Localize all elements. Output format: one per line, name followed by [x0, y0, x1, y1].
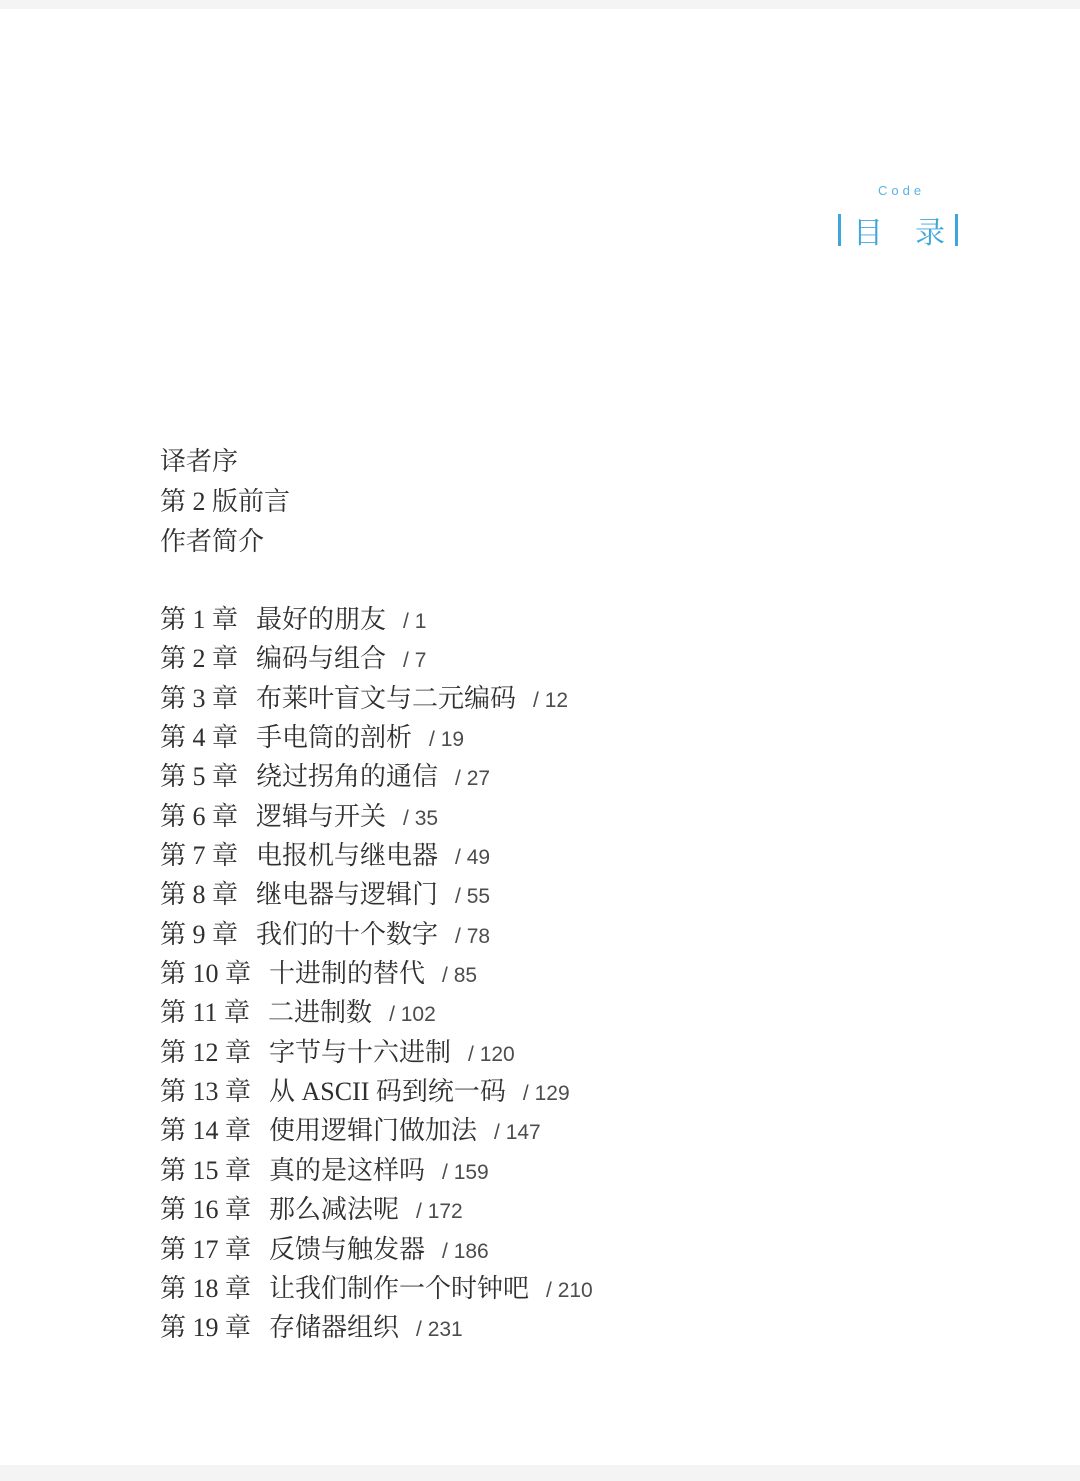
chapter-title: 编码与组合	[256, 644, 386, 673]
book-brand-label: Code	[878, 183, 925, 198]
chapter-number: 第 18 章	[160, 1274, 251, 1303]
chapter-page-number: / 27	[455, 767, 490, 790]
chapter-row-4: 第 4 章手电筒的剖析/ 19	[160, 718, 593, 757]
chapter-row-6: 第 6 章逻辑与开关/ 35	[160, 797, 593, 836]
chapter-page-number: / 12	[533, 689, 568, 712]
chapter-number: 第 16 章	[160, 1195, 251, 1224]
chapter-number: 第 6 章	[160, 802, 238, 831]
chapter-number: 第 14 章	[160, 1116, 251, 1145]
chapter-title: 我们的十个数字	[256, 920, 438, 949]
chapter-number: 第 19 章	[160, 1313, 251, 1342]
chapter-row-16: 第 16 章那么减法呢/ 172	[160, 1190, 593, 1229]
chapter-number: 第 10 章	[160, 959, 251, 988]
chapter-row-17: 第 17 章反馈与触发器/ 186	[160, 1230, 593, 1269]
chapter-row-12: 第 12 章字节与十六进制/ 120	[160, 1033, 593, 1072]
chapter-row-8: 第 8 章继电器与逻辑门/ 55	[160, 875, 593, 914]
chapter-page-number: / 172	[416, 1200, 463, 1223]
front-matter-author-intro: 作者简介	[160, 522, 290, 562]
toc-title: 目 录	[838, 211, 958, 249]
chapter-row-13: 第 13 章从 ASCII 码到统一码/ 129	[160, 1072, 593, 1111]
chapter-title: 让我们制作一个时钟吧	[269, 1274, 529, 1303]
chapter-page-number: / 55	[455, 885, 490, 908]
chapter-page-number: / 120	[468, 1043, 515, 1066]
chapter-page-number: / 210	[546, 1279, 593, 1302]
chapter-number: 第 7 章	[160, 841, 238, 870]
chapter-title: 布莱叶盲文与二元编码	[256, 684, 516, 713]
chapter-number: 第 5 章	[160, 762, 238, 791]
chapter-title: 二进制数	[268, 998, 372, 1027]
chapter-number: 第 3 章	[160, 684, 238, 713]
chapter-row-1: 第 1 章最好的朋友/ 1	[160, 600, 593, 639]
chapter-row-2: 第 2 章编码与组合/ 7	[160, 639, 593, 678]
chapter-number: 第 9 章	[160, 920, 238, 949]
chapter-row-18: 第 18 章让我们制作一个时钟吧/ 210	[160, 1269, 593, 1308]
chapter-title: 电报机与继电器	[256, 841, 438, 870]
toc-title-char-1: 目	[853, 208, 883, 252]
chapter-row-3: 第 3 章布莱叶盲文与二元编码/ 12	[160, 679, 593, 718]
chapter-row-5: 第 5 章绕过拐角的通信/ 27	[160, 757, 593, 796]
chapter-page-number: / 7	[403, 649, 426, 672]
chapter-number: 第 11 章	[160, 998, 250, 1027]
chapter-number: 第 12 章	[160, 1038, 251, 1067]
chapter-page-number: / 129	[523, 1082, 570, 1105]
front-matter-list: 译者序 第 2 版前言 作者简介	[160, 442, 290, 562]
chapter-row-19: 第 19 章存储器组织/ 231	[160, 1308, 593, 1347]
chapter-row-11: 第 11 章二进制数/ 102	[160, 993, 593, 1032]
chapter-page-number: / 159	[442, 1161, 489, 1184]
chapter-title: 那么减法呢	[269, 1195, 399, 1224]
chapter-page-number: / 78	[455, 925, 490, 948]
chapter-number: 第 4 章	[160, 723, 238, 752]
chapter-page-number: / 102	[389, 1003, 436, 1026]
chapter-title: 反馈与触发器	[269, 1235, 425, 1264]
chapter-title: 真的是这样吗	[269, 1156, 425, 1185]
chapter-number: 第 2 章	[160, 644, 238, 673]
chapter-page-number: / 1	[403, 610, 426, 633]
toc-title-right-bar	[955, 214, 958, 246]
chapter-title: 手电筒的剖析	[256, 723, 412, 752]
chapter-row-15: 第 15 章真的是这样吗/ 159	[160, 1151, 593, 1190]
chapter-page-number: / 49	[455, 846, 490, 869]
chapter-number: 第 1 章	[160, 605, 238, 634]
chapter-page-number: / 186	[442, 1240, 489, 1263]
chapter-number: 第 15 章	[160, 1156, 251, 1185]
chapter-row-7: 第 7 章电报机与继电器/ 49	[160, 836, 593, 875]
chapter-page-number: / 85	[442, 964, 477, 987]
chapter-row-10: 第 10 章十进制的替代/ 85	[160, 954, 593, 993]
chapter-page-number: / 147	[494, 1121, 541, 1144]
chapter-row-14: 第 14 章使用逻辑门做加法/ 147	[160, 1111, 593, 1150]
chapter-row-9: 第 9 章我们的十个数字/ 78	[160, 915, 593, 954]
chapter-title: 绕过拐角的通信	[256, 762, 438, 791]
chapter-title: 逻辑与开关	[256, 802, 386, 831]
chapter-title: 使用逻辑门做加法	[269, 1116, 477, 1145]
chapter-list: 第 1 章最好的朋友/ 1 第 2 章编码与组合/ 7 第 3 章布莱叶盲文与二…	[160, 600, 593, 1348]
chapter-page-number: / 231	[416, 1318, 463, 1341]
front-matter-second-edition-preface: 第 2 版前言	[160, 482, 290, 522]
chapter-number: 第 13 章	[160, 1077, 251, 1106]
chapter-title: 十进制的替代	[269, 959, 425, 988]
reader-background: Code 目 录 译者序 第 2 版前言 作者简介 第 1 章最好的朋友/ 1 …	[0, 0, 1080, 1481]
chapter-page-number: / 35	[403, 807, 438, 830]
chapter-title: 存储器组织	[269, 1313, 399, 1342]
chapter-title: 从 ASCII 码到统一码	[269, 1077, 506, 1106]
chapter-title: 最好的朋友	[256, 605, 386, 634]
chapter-page-number: / 19	[429, 728, 464, 751]
toc-title-char-2: 录	[915, 208, 945, 252]
front-matter-translator-preface: 译者序	[160, 442, 290, 482]
chapter-number: 第 8 章	[160, 880, 238, 909]
toc-title-left-bar	[838, 214, 841, 246]
chapter-number: 第 17 章	[160, 1235, 251, 1264]
chapter-title: 继电器与逻辑门	[256, 880, 438, 909]
chapter-title: 字节与十六进制	[269, 1038, 451, 1067]
